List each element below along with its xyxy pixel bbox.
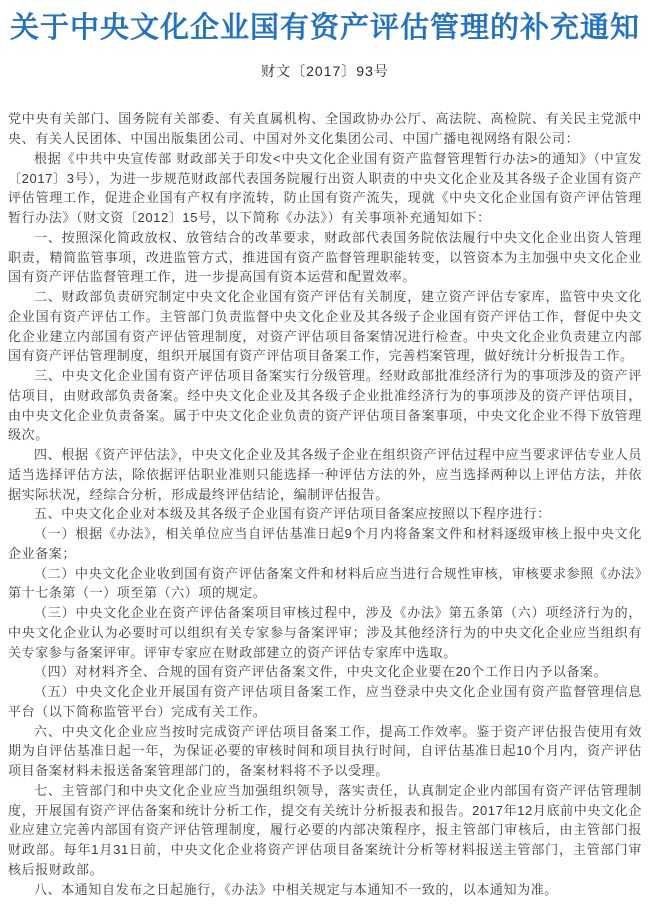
paragraph-6: 四、根据《资产评估法》，中央文化企业及其各级子企业在组织资产评估过程中应当要求评… bbox=[8, 445, 642, 504]
notice-document-page: 关于中央文化企业国有资产评估管理的补充通知 财文〔2017〕93号 党中央有关部… bbox=[0, 0, 650, 909]
document-body: 党中央有关部门、国务院有关部委、有关直属机构、全国政协办公厅、高法院、高检院、有… bbox=[8, 109, 642, 899]
paragraph-9: （二）中央文化企业收到国有资产评估备案文件和材料后应当进行合规性审核，审核要求参… bbox=[8, 564, 642, 604]
paragraph-7: 五、中央文化企业对本级及其各级子企业国有资产评估项目备案应按照以下程序进行： bbox=[8, 504, 642, 524]
paragraph-15: 八、本通知自发布之日起施行，《办法》中相关规定与本通知不一致的，以本通知为准。 bbox=[8, 880, 642, 900]
document-title: 关于中央文化企业国有资产评估管理的补充通知 bbox=[8, 12, 642, 45]
paragraph-3: 一、按照深化简政放权、放管结合的改革要求，财政部代表国务院依法履行中央文化企业出… bbox=[8, 228, 642, 287]
paragraph-2: 根据《中共中央宣传部 财政部关于印发<中央文化企业国有资产监督管理暂行办法>的通… bbox=[8, 149, 642, 228]
paragraph-14: 七、主管部门和中央文化企业应当加强组织领导，落实责任，认真制定企业内部国有资产评… bbox=[8, 781, 642, 880]
paragraph-5: 三、中央文化企业国有资产评估项目备案实行分级管理。经财政部批准经济行为的事项涉及… bbox=[8, 366, 642, 445]
paragraph-13: 六、中央文化企业应当按时完成资产评估项目备案工作，提高工作效率。鉴于资产评估报告… bbox=[8, 722, 642, 781]
paragraph-1: 党中央有关部门、国务院有关部委、有关直属机构、全国政协办公厅、高法院、高检院、有… bbox=[8, 109, 642, 149]
document-number: 财文〔2017〕93号 bbox=[8, 61, 642, 81]
paragraph-12: （五）中央文化企业开展国有资产评估项目备案工作，应当登录中央文化企业国有资产监督… bbox=[8, 682, 642, 722]
paragraph-10: （三）中央文化企业在资产评估备案项目审核过程中，涉及《办法》第五条第（六）项经济… bbox=[8, 603, 642, 662]
paragraph-4: 二、财政部负责研究制定中央文化企业国有资产评估有关制度，建立资产评估专家库，监管… bbox=[8, 287, 642, 366]
paragraph-11: （四）对材料齐全、合规的国有资产评估备案文件，中央文化企业要在20个工作日内予以… bbox=[8, 662, 642, 682]
paragraph-8: （一）根据《办法》，相关单位应当自评估基准日起9个月内将备案文件和材料逐级审核上… bbox=[8, 524, 642, 564]
